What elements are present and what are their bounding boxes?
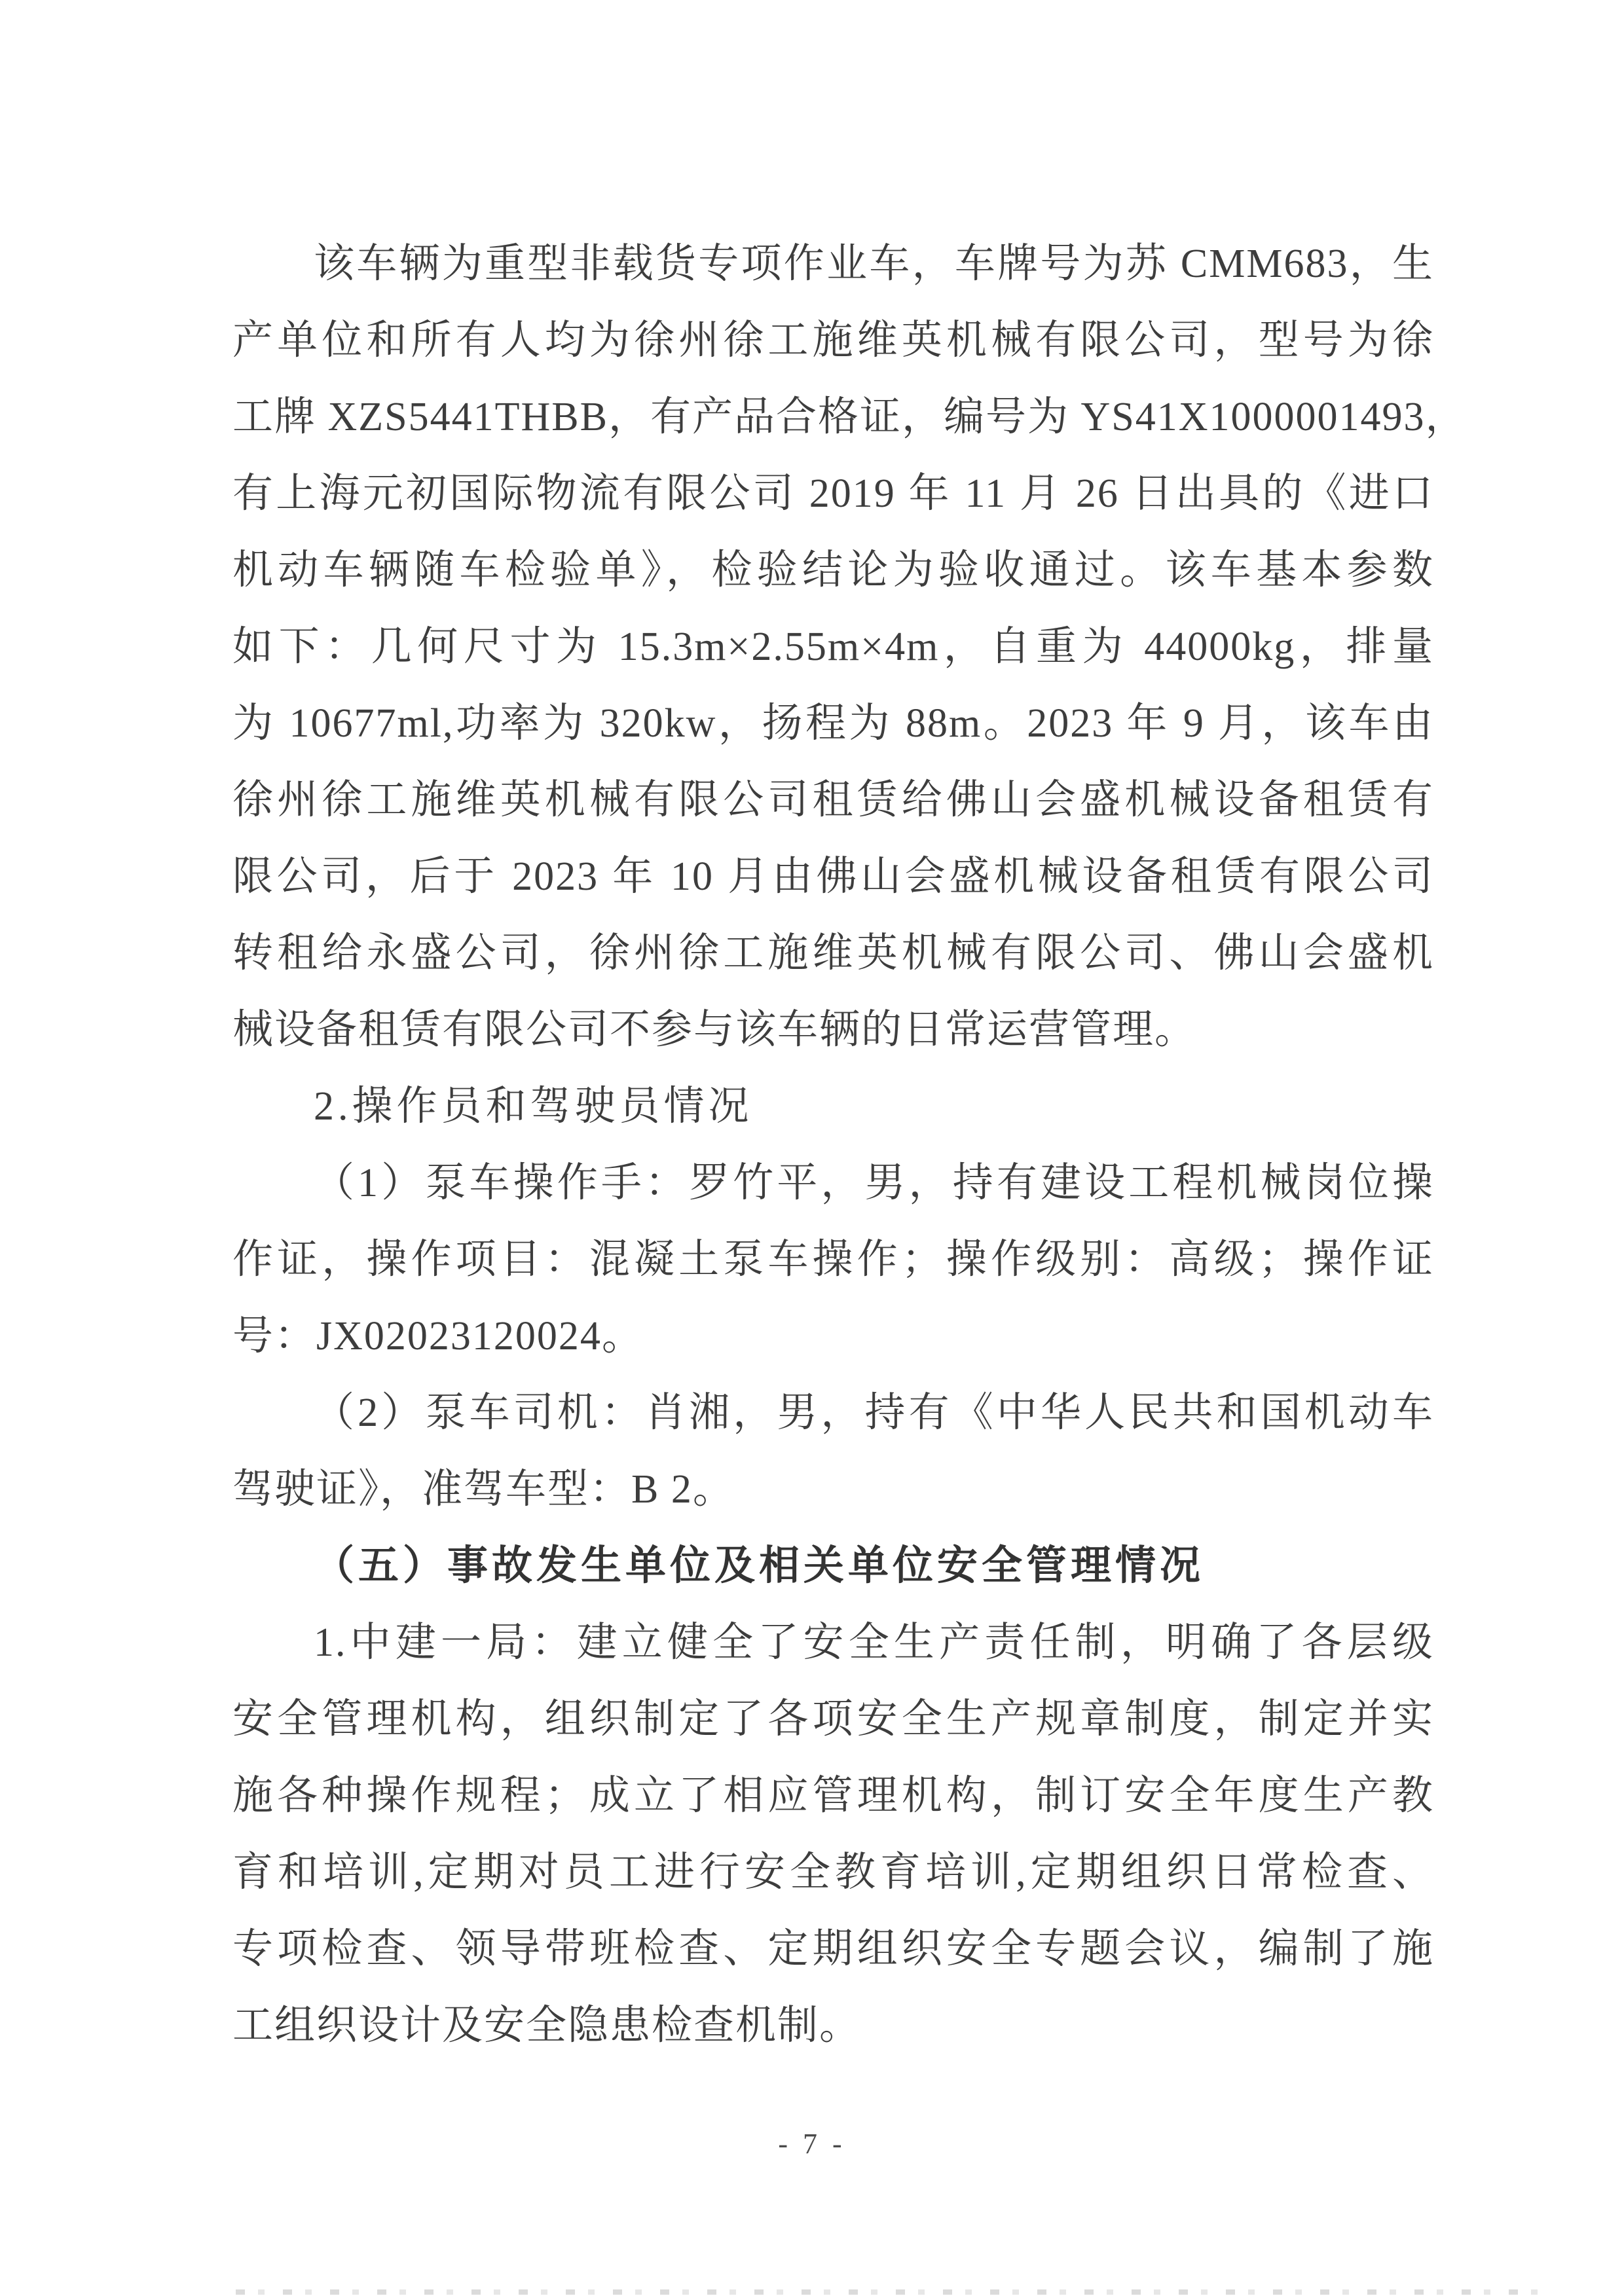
- text-line-12: 2.操作员和驾驶员情况: [232, 1068, 1434, 1145]
- text-line-24: 工组织设计及安全隐患检查机制。: [232, 1988, 1434, 2064]
- text-line-19: 1.中建一局：建立健全了安全生产责任制，明确了各层级: [232, 1605, 1434, 1681]
- text-line-20: 安全管理机构，组织制定了各项安全生产规章制度，制定并实: [232, 1681, 1434, 1758]
- text-line-22: 育和培训,定期对员工进行安全教育培训,定期组织日常检查、: [232, 1834, 1434, 1911]
- text-line-8: 徐州徐工施维英机械有限公司租赁给佛山会盛机械设备租赁有: [232, 762, 1434, 839]
- next-page-text-cutoff: [236, 2289, 1539, 2295]
- text-line-13: （1）泵车操作手：罗竹平，男，持有建设工程机械岗位操: [232, 1145, 1434, 1222]
- text-line-15: 号：JX02023120024。: [232, 1298, 1434, 1375]
- text-line-21: 施各种操作规程；成立了相应管理机构，制订安全年度生产教: [232, 1758, 1434, 1834]
- text-line-2: 产单位和所有人均为徐州徐工施维英机械有限公司，型号为徐: [232, 302, 1434, 379]
- text-line-16: （2）泵车司机：肖湘，男，持有《中华人民共和国机动车: [232, 1375, 1434, 1451]
- text-line-3: 工牌 XZS5441THBB，有产品合格证，编号为 YS41X100000149…: [232, 379, 1434, 456]
- page-number: - 7 -: [0, 2118, 1624, 2170]
- text-line-18: （五）事故发生单位及相关单位安全管理情况: [232, 1528, 1434, 1605]
- text-line-17: 驾驶证》，准驾车型：B 2。: [232, 1451, 1434, 1528]
- text-line-4: 有上海元初国际物流有限公司 2019 年 11 月 26 日出具的《进口: [232, 456, 1434, 532]
- text-line-23: 专项检查、领导带班检查、定期组织安全专题会议，编制了施: [232, 1911, 1434, 1988]
- text-line-9: 限公司，后于 2023 年 10 月由佛山会盛机械设备租赁有限公司: [232, 839, 1434, 915]
- text-line-6: 如下：几何尺寸为 15.3m×2.55m×4m，自重为 44000kg，排量: [232, 609, 1434, 685]
- text-line-11: 械设备租赁有限公司不参与该车辆的日常运营管理。: [232, 992, 1434, 1068]
- text-line-5: 机动车辆随车检验单》，检验结论为验收通过。该车基本参数: [232, 532, 1434, 609]
- text-line-7: 为 10677ml,功率为 320kw，扬程为 88m。2023 年 9 月，该…: [232, 685, 1434, 762]
- text-line-14: 作证，操作项目：混凝土泵车操作；操作级别：高级；操作证: [232, 1222, 1434, 1298]
- body-text: 该车辆为重型非载货专项作业车，车牌号为苏 CMM683，生产单位和所有人均为徐州…: [232, 226, 1434, 2064]
- document-page: 该车辆为重型非载货专项作业车，车牌号为苏 CMM683，生产单位和所有人均为徐州…: [0, 0, 1624, 2296]
- text-line-10: 转租给永盛公司，徐州徐工施维英机械有限公司、佛山会盛机: [232, 915, 1434, 992]
- text-line-1: 该车辆为重型非载货专项作业车，车牌号为苏 CMM683，生: [232, 226, 1434, 302]
